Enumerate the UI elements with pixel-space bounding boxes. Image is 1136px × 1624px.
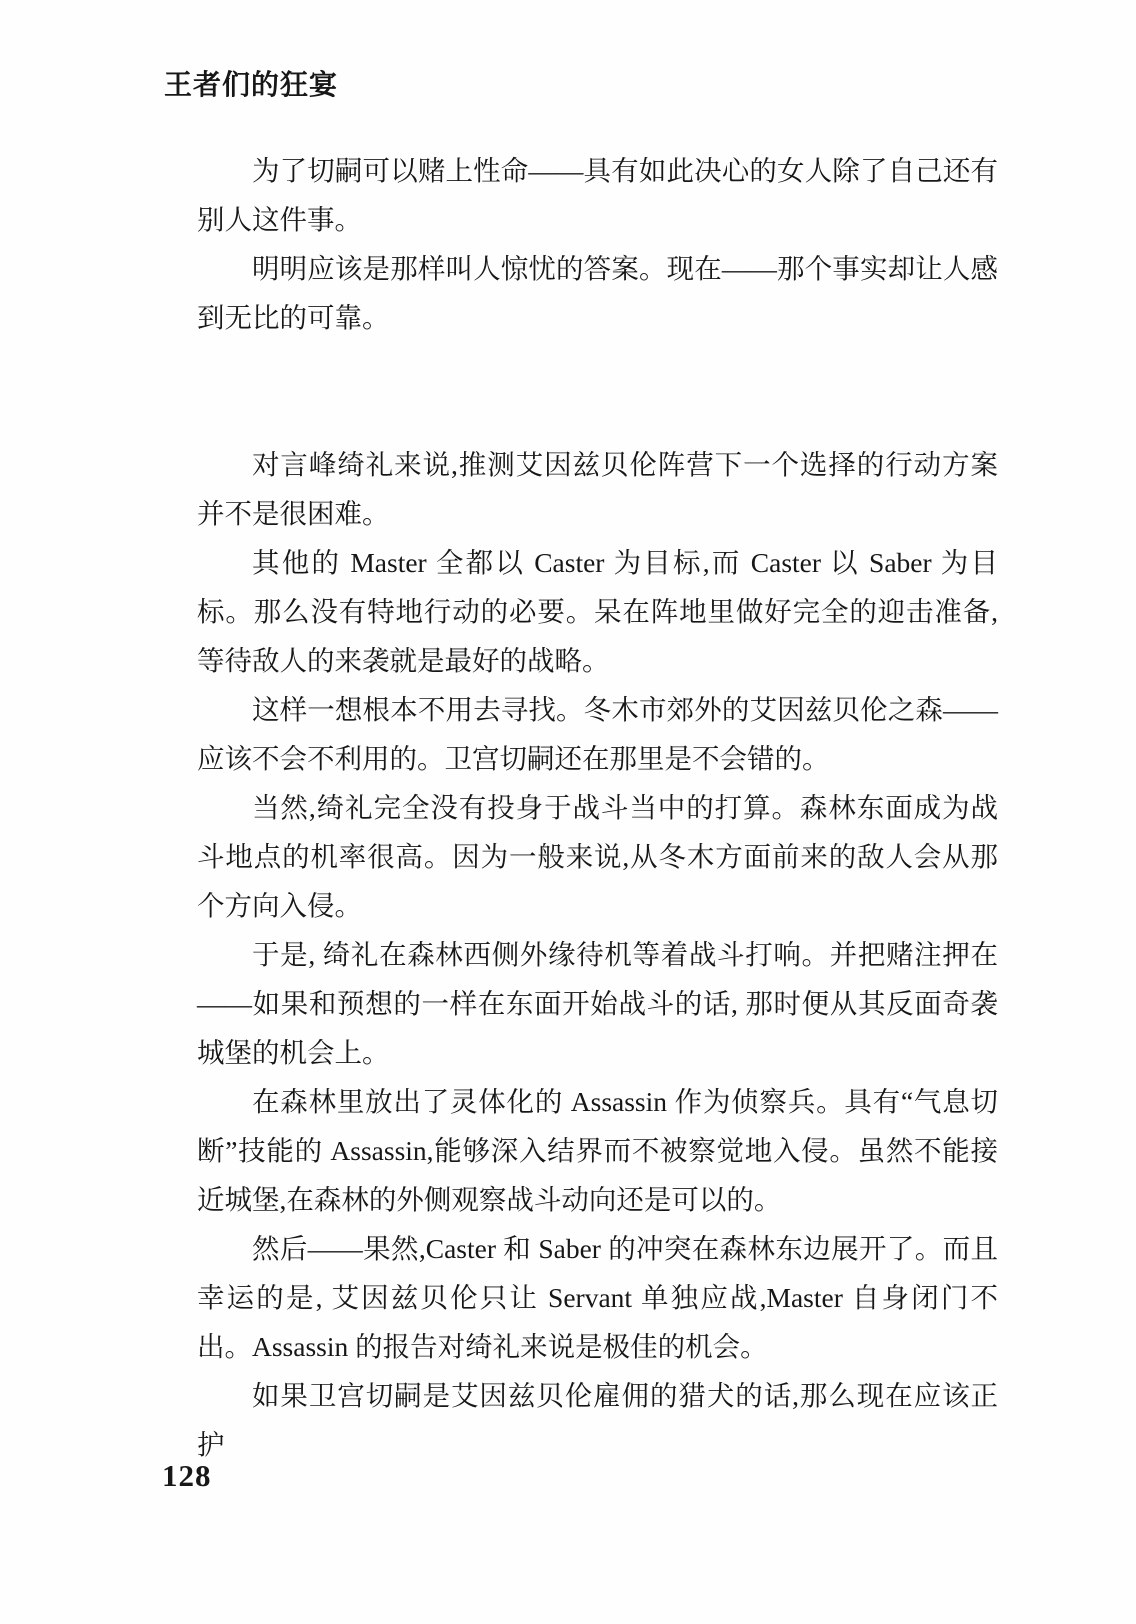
paragraph: 这样一想根本不用去寻找。冬木市郊外的艾因兹贝伦之森——应该不会不利用的。卫宫切嗣… (197, 685, 998, 783)
paragraph: 如果卫宫切嗣是艾因兹贝伦雇佣的猎犬的话,那么现在应该正护 (197, 1371, 998, 1469)
paragraph: 于是, 绮礼在森林西侧外缘待机等着战斗打响。并把赌注押在——如果和预想的一样在东… (197, 930, 998, 1077)
paragraph: 然后——果然,Caster 和 Saber 的冲突在森林东边展开了。而且幸运的是… (197, 1224, 998, 1371)
scene-break (197, 342, 998, 440)
book-page: 王者们的狂宴 为了切嗣可以赌上性命——具有如此决心的女人除了自己还有别人这件事。… (0, 0, 1136, 1624)
page-number: 128 (162, 1458, 212, 1494)
paragraph: 其他的 Master 全都以 Caster 为目标,而 Caster 以 Sab… (197, 538, 998, 685)
paragraph: 对言峰绮礼来说,推测艾因兹贝伦阵营下一个选择的行动方案并不是很困难。 (197, 440, 998, 538)
paragraph: 明明应该是那样叫人惊忧的答案。现在——那个事实却让人感到无比的可靠。 (197, 244, 998, 342)
page-body: 为了切嗣可以赌上性命——具有如此决心的女人除了自己还有别人这件事。 明明应该是那… (197, 146, 998, 1469)
paragraph: 在森林里放出了灵体化的 Assassin 作为侦察兵。具有“气息切断”技能的 A… (197, 1077, 998, 1224)
running-header: 王者们的狂宴 (164, 63, 338, 103)
paragraph: 为了切嗣可以赌上性命——具有如此决心的女人除了自己还有别人这件事。 (197, 146, 998, 244)
paragraph: 当然,绮礼完全没有投身于战斗当中的打算。森林东面成为战斗地点的机率很高。因为一般… (197, 783, 998, 930)
